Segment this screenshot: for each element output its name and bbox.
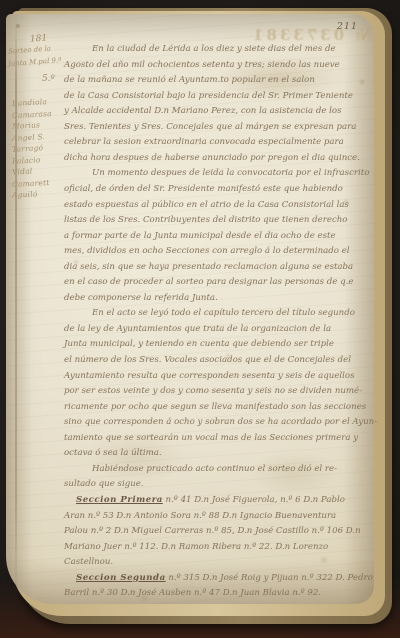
manuscript-line: Mariano Juer n.º 112. D.n Ramon Ribera n… <box>64 542 328 552</box>
manuscript-line: de la Casa Consistorial bajo la presiden… <box>64 91 353 101</box>
manuscript-line: tamiento que se sortearán un vocal mas d… <box>64 433 358 443</box>
manuscript-line: ricamente por ocho que segun se lleva ma… <box>64 402 366 412</box>
manuscript-line: mes, divididos en ocho Secciones con arr… <box>64 246 349 256</box>
manuscript-line: listas de los Sres. Contribuyentes del d… <box>64 215 347 225</box>
manuscript-text: En la ciudad de Lérida a los diez y siet… <box>6 14 374 604</box>
manuscript-line: en el caso de proceder al sorteo para de… <box>64 277 353 287</box>
manuscript-line: Seccion Segunda n.º 315 D.n José Roig y … <box>76 573 373 583</box>
manuscript-line: celebrar la sesion extraordinaria convoc… <box>64 137 344 147</box>
manuscript-line: octava ó sea la última. <box>64 448 162 458</box>
manuscript-line: Seccion Primera n.º 41 D.n José Figuerol… <box>76 495 345 505</box>
manuscript-line: Barril n.º 30 D.n José Ausben n.º 47 D.n… <box>64 588 321 598</box>
manuscript-line: dicha hora despues de haberse anunciado … <box>64 153 360 163</box>
manuscript-line: Sres. Tenientes y Sres. Concejales que a… <box>64 122 356 132</box>
manuscript-line: En el acto se leyó todo el capítulo terc… <box>92 308 355 318</box>
manuscript-line: de la mañana se reunió el Ayuntam.to pop… <box>64 75 315 85</box>
manuscript-line: sino que corresponden á ocho y sobran do… <box>64 417 377 427</box>
manuscript-line: y Alcalde accidental D.n Mariano Perez, … <box>64 106 342 116</box>
section-heading: Seccion Segunda <box>76 573 166 583</box>
manuscript-line: sultado que sigue. <box>64 479 144 489</box>
photo-background: 211 № 0373381 181 Sorteo de laJunta M.pa… <box>0 0 400 638</box>
manuscript-line: debe componerse la referida Junta. <box>64 293 218 303</box>
manuscript-line: Un momento despues de leida la convocato… <box>92 168 369 178</box>
manuscript-line: Agosto del año mil ochocientos setenta y… <box>64 60 340 70</box>
manuscript-line: Palou n.º 2 D.n Miguel Carreras n.º 85, … <box>64 526 361 536</box>
section-heading: Seccion Primera <box>76 495 163 505</box>
manuscript-line: Aran n.º 53 D.n Antonio Sora n.º 88 D.n … <box>64 511 336 521</box>
manuscript-line: de la ley de Ayuntamientos que trata de … <box>64 324 331 334</box>
manuscript-line: Habiéndose practicado acto continuo el s… <box>92 464 337 474</box>
manuscript-line: En la ciudad de Lérida a los diez y siet… <box>92 44 336 54</box>
manuscript-line: estado espuestas al público en el atrio … <box>64 200 349 210</box>
manuscript-line: el número de los Sres. Vocales asociados… <box>64 355 351 365</box>
manuscript-line: a formar parte de la Junta municipal des… <box>64 231 336 241</box>
manuscript-line: oficial, de órden del Sr. Presidente man… <box>64 184 343 194</box>
manuscript-line: por ser estos veinte y dos y como sesent… <box>64 386 362 396</box>
manuscript-line: Ayuntamiento resulta que corresponden se… <box>64 371 355 381</box>
manuscript-line: dia seis, sin que se haya presentado rec… <box>64 262 353 272</box>
manuscript-line: Castellnou. <box>64 557 113 567</box>
manuscript-line: Junta municipal, y teniendo en cuenta qu… <box>64 339 334 349</box>
manuscript-page: 211 № 0373381 181 Sorteo de laJunta M.pa… <box>6 14 374 604</box>
